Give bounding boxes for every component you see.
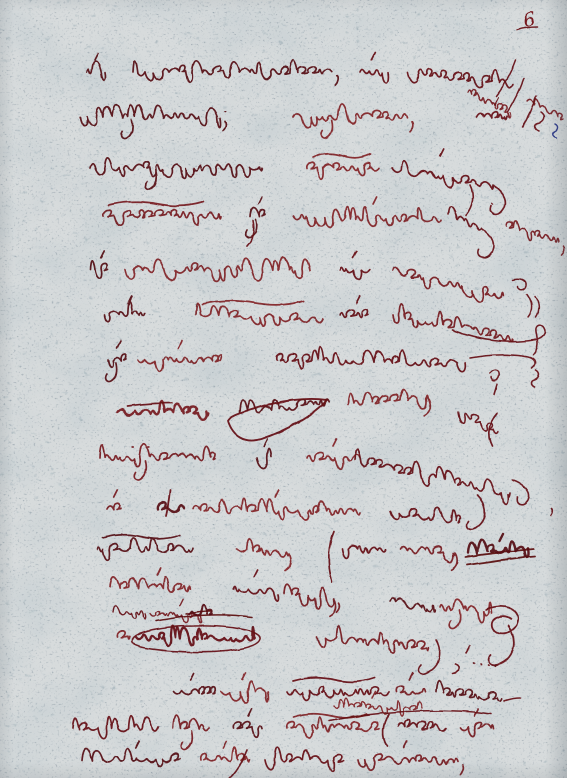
- paper-speckle: [0, 0, 567, 778]
- manuscript-page: 6: [0, 0, 567, 778]
- paper-texture: 6: [0, 0, 567, 778]
